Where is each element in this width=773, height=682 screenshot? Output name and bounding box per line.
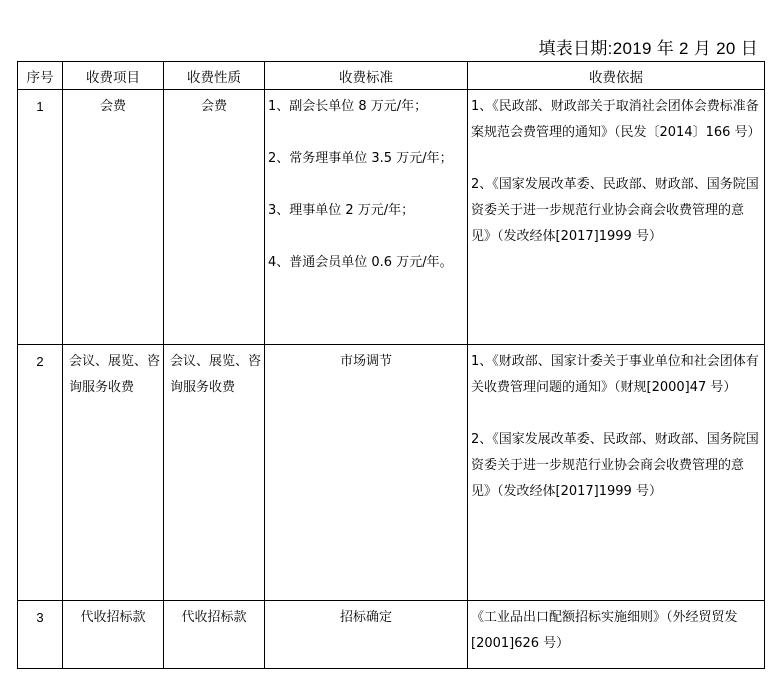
cell-standard: 1、副会长单位 8 万元/年； 2、常务理事单位 3.5 万元/年； 3、理事单… bbox=[265, 90, 468, 345]
cell-basis: 1、《民政部、财政部关于取消社会团体会费标准备案规范会费管理的通知》（民发〔20… bbox=[468, 90, 765, 345]
table-row: 3 代收招标款 代收招标款 招标确定 《工业品出口配额招标实施细则》（外经贸贸发… bbox=[18, 601, 765, 669]
cell-standard: 招标确定 bbox=[265, 601, 468, 669]
column-header-item: 收费项目 bbox=[63, 62, 164, 90]
standard-line: 1、副会长单位 8 万元/年； bbox=[268, 94, 464, 120]
fill-date-label: 填表日期:2019 年 2 月 20 日 bbox=[538, 34, 758, 59]
basis-line: 1、《财政部、国家计委关于事业单位和社会团体有关收费管理问题的通知》（财规[20… bbox=[471, 349, 761, 401]
cell-item: 代收招标款 bbox=[63, 601, 164, 669]
cell-no: 1 bbox=[18, 90, 63, 345]
table-row: 2 会议、展览、咨询服务收费 会议、展览、咨询服务收费 市场调节 1、《财政部、… bbox=[18, 345, 765, 601]
basis-line: 1、《民政部、财政部关于取消社会团体会费标准备案规范会费管理的通知》（民发〔20… bbox=[471, 94, 761, 146]
cell-no: 2 bbox=[18, 345, 63, 601]
cell-basis: 《工业品出口配额招标实施细则》（外经贸贸发[2001]626 号） bbox=[468, 601, 765, 669]
standard-line: 2、常务理事单位 3.5 万元/年； bbox=[268, 146, 464, 172]
basis-line: 《工业品出口配额招标实施细则》（外经贸贸发[2001]626 号） bbox=[471, 605, 761, 657]
cell-nature: 代收招标款 bbox=[164, 601, 265, 669]
column-header-standard: 收费标准 bbox=[265, 62, 468, 90]
basis-line: 2、《国家发展改革委、民政部、财政部、国务院国资委关于进一步规范行业协会商会收费… bbox=[471, 172, 761, 250]
basis-line: 2、《国家发展改革委、民政部、财政部、国务院国资委关于进一步规范行业协会商会收费… bbox=[471, 427, 761, 505]
column-header-no: 序号 bbox=[18, 62, 63, 90]
column-header-nature: 收费性质 bbox=[164, 62, 265, 90]
table-row: 1 会费 会费 1、副会长单位 8 万元/年； 2、常务理事单位 3.5 万元/… bbox=[18, 90, 765, 345]
cell-nature: 会议、展览、咨询服务收费 bbox=[164, 345, 265, 601]
cell-nature: 会费 bbox=[164, 90, 265, 345]
table-header-row: 序号 收费项目 收费性质 收费标准 收费依据 bbox=[18, 62, 765, 90]
cell-basis: 1、《财政部、国家计委关于事业单位和社会团体有关收费管理问题的通知》（财规[20… bbox=[468, 345, 765, 601]
cell-item: 会议、展览、咨询服务收费 bbox=[63, 345, 164, 601]
cell-standard: 市场调节 bbox=[265, 345, 468, 601]
cell-no: 3 bbox=[18, 601, 63, 669]
cell-item: 会费 bbox=[63, 90, 164, 345]
fee-table: 序号 收费项目 收费性质 收费标准 收费依据 1 会费 会费 1、副会长单位 8… bbox=[17, 61, 765, 669]
standard-line: 4、普通会员单位 0.6 万元/年。 bbox=[268, 250, 464, 276]
column-header-basis: 收费依据 bbox=[468, 62, 765, 90]
standard-line: 3、理事单位 2 万元/年； bbox=[268, 198, 464, 224]
